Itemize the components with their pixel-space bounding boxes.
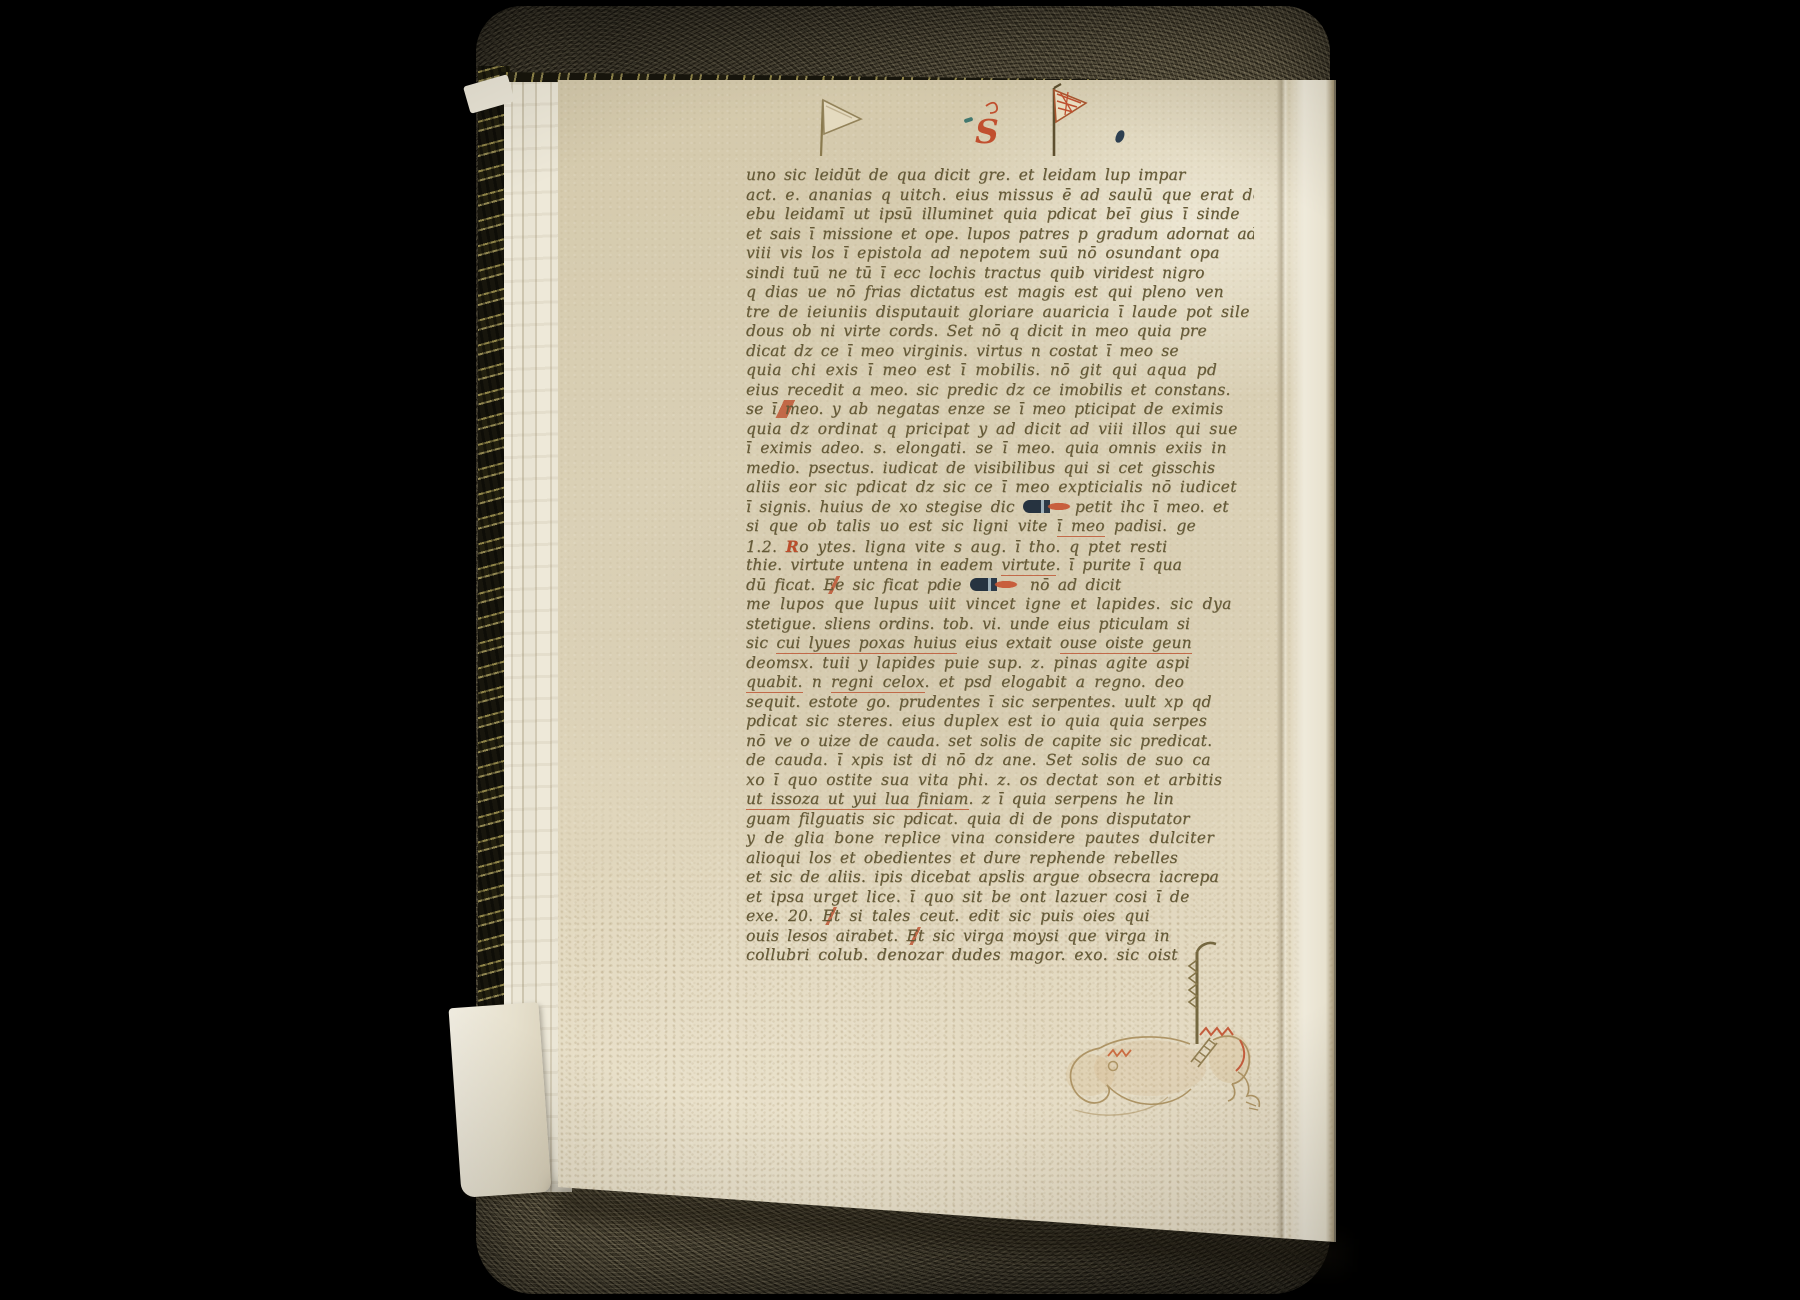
manuscript-line: se ī meo. y ab negatas enze se ī meo pti…: [746, 400, 1254, 420]
manuscript-line: tre de ieiuniis disputauit gloriare auar…: [746, 303, 1254, 323]
manuscript-line: stetigue. sliens ordins. tob. vi. unde e…: [746, 615, 1254, 635]
manuscript-line: de cauda. ī xpis ist di nō dz ane. Set s…: [746, 751, 1254, 771]
manuscript-line: quia chi exis ī meo est ī mobilis. nō gi…: [746, 361, 1254, 381]
manuscript-line: alioqui los et obedientes et dure rephen…: [746, 849, 1254, 869]
manuscript-line: me lupos que lupus uiit vincet igne et l…: [746, 595, 1254, 615]
left-flag-doodle: [814, 92, 868, 160]
manuscript-line: quabit. n regni celox. et psd elogabit a…: [746, 673, 1254, 693]
manuscript-line: viii vis los ī epistola ad nepotem suū n…: [746, 244, 1254, 264]
manuscript-line: eius recedit a meo. sic predic dz ce imo…: [746, 381, 1254, 401]
manuscript-line: 1.2. Ro ytes. ligna vite s aug. ī tho. q…: [746, 537, 1254, 557]
page-corner-bottom-left: [448, 1002, 551, 1198]
manuscript-line: aliis eor sic pdicat dz sic ce ī meo exp…: [746, 478, 1254, 498]
manuscript-line: sic cui lyues poxas huius eius extait ou…: [746, 634, 1254, 654]
manuscript-line: pdicat sic steres. eius duplex est io qu…: [746, 712, 1254, 732]
manuscript-line: guam filguatis sic pdicat. quia di de po…: [746, 810, 1254, 830]
manuscript-line: et sic de aliis. ipis dicebat apslis arg…: [746, 868, 1254, 888]
manuscript-line: xo ī quo ostite sua vita phi. z. os dect…: [746, 771, 1254, 791]
marginal-creature-doodle: [1050, 940, 1330, 1140]
manuscript-line: act. e. ananias q uitch. eius missus ē a…: [746, 186, 1254, 206]
manuscript-text-block: uno sic leidūt de qua dicit gre. et leid…: [746, 166, 1254, 970]
red-initial-s: S: [970, 98, 1008, 152]
manuscript-line: uno sic leidūt de qua dicit gre. et leid…: [746, 166, 1254, 186]
manuscript-line: y de glia bone replice vina considere pa…: [746, 829, 1254, 849]
manuscript-line: si que ob talis uo est sic ligni vite ī …: [746, 517, 1254, 537]
manuscript-line: q dias ue nō frias dictatus est magis es…: [746, 283, 1254, 303]
parchment-page: S uno sic leidūt de qua dicit gre. et le…: [558, 80, 1336, 1242]
manuscript-line: et ipsa urget lice. ī quo sit be ont laz…: [746, 888, 1254, 908]
photo-background: S uno sic leidūt de qua dicit gre. et le…: [0, 0, 1800, 1300]
manuscript-line: thie. virtute untena in eadem virtute. ī…: [746, 556, 1254, 576]
manuscript-line: ī eximis adeo. s. elongati. se ī meo. qu…: [746, 439, 1254, 459]
manuscript-line: medio. psectus. iudicat de visibilibus q…: [746, 459, 1254, 479]
manuscript-line: ī signis. huius de xo stegise dic petit …: [746, 498, 1254, 518]
manuscript-line: sequit. estote go. prudentes ī sic serpe…: [746, 693, 1254, 713]
manuscript-line: sindi tuū ne tū ī ecc lochis tractus qui…: [746, 264, 1254, 284]
manuscript-line: dicat dz ce ī meo virginis. virtus n cos…: [746, 342, 1254, 362]
manuscript-line: et sais ī missione et ope. lupos patres …: [746, 225, 1254, 245]
manuscript-line: ebu leidamī ut ipsū illuminet quia pdica…: [746, 205, 1254, 225]
manuscript-line: quia dz ordinat q pricipat y ad dicit ad…: [746, 420, 1254, 440]
right-flag-doodle: [1042, 82, 1092, 162]
svg-text:S: S: [975, 112, 999, 151]
manuscript-line: nō ve o uize de cauda. set solis de capi…: [746, 732, 1254, 752]
manuscript-line: deomsx. tuii y lapides puie sup. z. pina…: [746, 654, 1254, 674]
manuscript-line: exe. 20. Et si tales ceut. edit sic puis…: [746, 907, 1254, 927]
manuscript-line: dū ficat. Ee sic ficat pdie nō ad dicit: [746, 576, 1254, 596]
manuscript-line: ut issoza ut yui lua finiam. z ī quia se…: [746, 790, 1254, 810]
manuscript-line: dous ob ni virte cords. Set nō q dicit i…: [746, 322, 1254, 342]
